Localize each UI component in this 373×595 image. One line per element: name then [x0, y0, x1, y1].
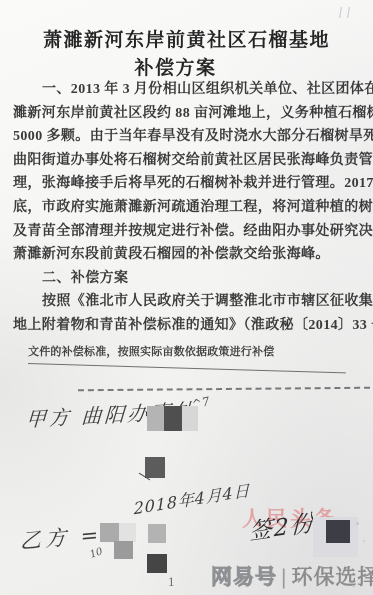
watermark-separator: |	[277, 566, 291, 589]
body-line: 地上附着物和青苗补偿标准的通知》（淮政秘〔2014〕33 号）	[13, 314, 365, 338]
scanned-document-page: 萧濉新河东岸前黄社区石榴基地 补偿方案 一、2013 年 3 月份相山区组织机关…	[0, 0, 373, 595]
body-line: 按照《淮北市人民政府关于调整淮北市市辖区征收集体土地	[13, 290, 365, 314]
redaction-mosaic-party-b	[119, 523, 136, 542]
pencil-tick-mark	[339, 7, 342, 18]
redaction-block	[145, 457, 165, 478]
dashed-rule	[78, 387, 370, 392]
handwritten-small-note: 10	[89, 546, 105, 560]
mosaic-cell	[147, 406, 164, 431]
body-line: 濉新河东岸前黄社区段约 88 亩河滩地上，义务种植石榴树	[13, 102, 365, 126]
body-line-section-heading: 二、补偿方案	[13, 267, 365, 291]
body-line: 5000 多颗。由于当年春旱没有及时浇水大部分石榴树旱死。	[13, 125, 365, 149]
redaction-mosaic-party-b	[148, 524, 166, 543]
watermark-channel-name: 环保选择	[291, 566, 373, 589]
body-line: 萧濉新河东段前黄段石榴园的补偿款交给张海峰。	[13, 243, 365, 267]
body-line: 曲阳街道办事处将石榴树交给前黄社区居民张海峰负责管	[13, 149, 365, 173]
redaction-mosaic-party-b	[114, 541, 133, 559]
body-line: 及青苗全部清理并按规定进行补偿。经曲阳办事处研究决定	[13, 220, 365, 244]
redaction-mosaic-party-a	[147, 406, 198, 431]
scan-speck	[363, 540, 365, 542]
scan-speck	[356, 522, 359, 525]
netease-hao-logo-text: 网易号	[211, 566, 277, 589]
compensation-standard-footnote: 文件的补偿标准，按照实际亩数依据政策进行补偿	[28, 343, 274, 359]
platform-watermark: 网易号|环保选择	[211, 561, 373, 591]
document-title-line1: 萧濉新河东岸前黄社区石榴基地	[0, 25, 373, 52]
body-line: 理，张海峰接手后将旱死的石榴树补栽并进行管理。2017 年	[13, 172, 365, 196]
document-title-line2: 补偿方案	[0, 53, 373, 80]
page-number: 1	[168, 574, 175, 590]
mosaic-cell	[182, 406, 198, 431]
scan-speck	[352, 585, 355, 587]
body-line: 底，市政府实施萧濉新河疏通治理工程，将河道种植的树木	[13, 196, 365, 220]
redaction-mosaic-party-b	[100, 523, 119, 542]
mosaic-cell	[164, 406, 182, 431]
horizontal-rule	[28, 363, 346, 373]
pencil-tick-mark	[347, 7, 350, 18]
handwritten-date: 2018年4月4日	[134, 478, 251, 520]
body-line: 一、2013 年 3 月份相山区组织机关单位、社区团体在萧	[13, 78, 365, 102]
redaction-block-dark	[326, 520, 350, 543]
document-body: 一、2013 年 3 月份相山区组织机关单位、社区团体在萧 濉新河东岸前黄社区段…	[13, 78, 365, 338]
redaction-mosaic-party-b	[147, 554, 167, 573]
